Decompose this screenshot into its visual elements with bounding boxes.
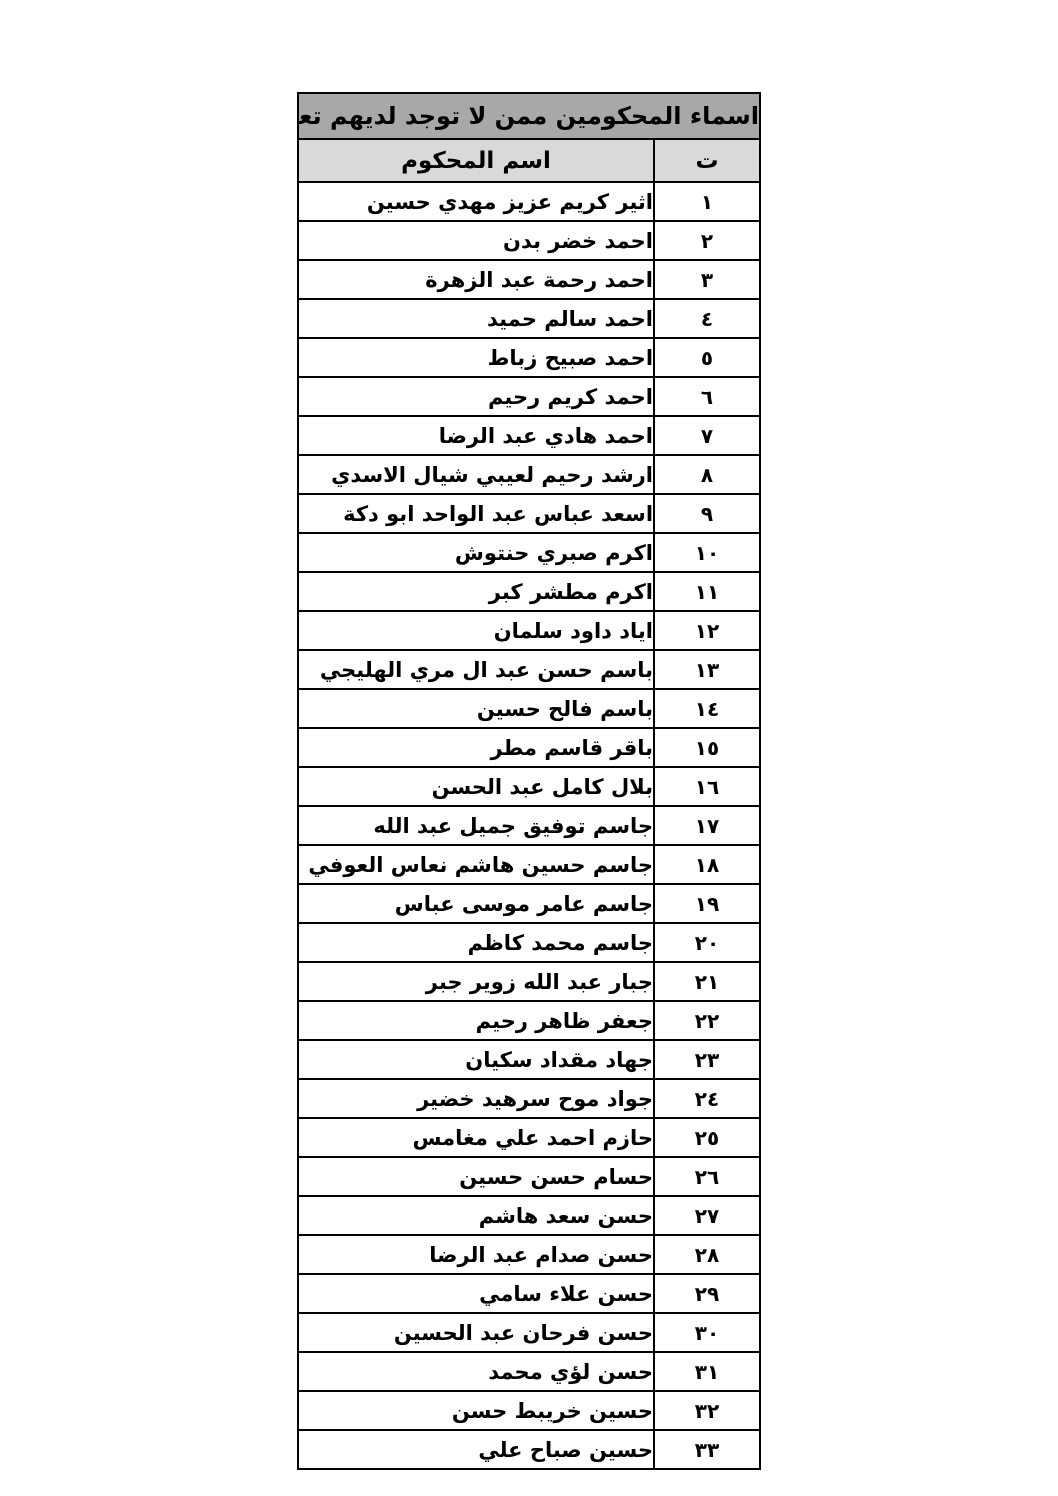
table-row: ١٢اياد داود سلمان <box>298 611 760 650</box>
table-row: ٢٣جهاد مقداد سكيان <box>298 1040 760 1079</box>
row-serial-number: ٢٦ <box>654 1157 760 1196</box>
table-row: ٢٩حسن علاء سامي <box>298 1274 760 1313</box>
row-convict-name: احمد خضر بدن <box>298 221 654 260</box>
row-convict-name: حسن علاء سامي <box>298 1274 654 1313</box>
table-row: ٣٢حسين خريبط حسن <box>298 1391 760 1430</box>
table-row: ٣احمد رحمة عبد الزهرة <box>298 260 760 299</box>
table-row: ٢احمد خضر بدن <box>298 221 760 260</box>
column-header-name: اسم المحكوم <box>298 139 654 182</box>
row-serial-number: ٢٧ <box>654 1196 760 1235</box>
table-row: ٢٨حسن صدام عبد الرضا <box>298 1235 760 1274</box>
row-serial-number: ١٣ <box>654 650 760 689</box>
row-serial-number: ٣٣ <box>654 1430 760 1469</box>
table-row: ١٣باسم حسن عبد ال مري الهليجي <box>298 650 760 689</box>
row-serial-number: ٨ <box>654 455 760 494</box>
row-serial-number: ٢٩ <box>654 1274 760 1313</box>
row-convict-name: اكرم مطشر كبر <box>298 572 654 611</box>
row-serial-number: ٢١ <box>654 962 760 1001</box>
row-serial-number: ٢٠ <box>654 923 760 962</box>
row-convict-name: اسعد عباس عبد الواحد ابو دكة <box>298 494 654 533</box>
table-body: ١اثير كريم عزيز مهدي حسين٢احمد خضر بدن٣ا… <box>298 182 760 1469</box>
column-header-serial: ت <box>654 139 760 182</box>
row-convict-name: اياد داود سلمان <box>298 611 654 650</box>
table-row: ٢٠جاسم محمد كاظم <box>298 923 760 962</box>
row-convict-name: جعفر ظاهر رحيم <box>298 1001 654 1040</box>
row-convict-name: احمد سالم حميد <box>298 299 654 338</box>
row-serial-number: ٢٣ <box>654 1040 760 1079</box>
table-row: ١٤باسم فالح حسين <box>298 689 760 728</box>
table-row: ٩اسعد عباس عبد الواحد ابو دكة <box>298 494 760 533</box>
row-convict-name: بلال كامل عبد الحسن <box>298 767 654 806</box>
table-row: ٢٦حسام حسن حسين <box>298 1157 760 1196</box>
row-convict-name: جبار عبد الله زوير جبر <box>298 962 654 1001</box>
row-convict-name: حسام حسن حسين <box>298 1157 654 1196</box>
table-row: ١٨جاسم حسين هاشم نعاس العوفي <box>298 845 760 884</box>
table-row: ١٥باقر قاسم مطر <box>298 728 760 767</box>
title-row: اسماء المحكومين ممن لا توجد لديهم تعهدات <box>298 93 760 139</box>
row-serial-number: ١٦ <box>654 767 760 806</box>
row-convict-name: حسين خريبط حسن <box>298 1391 654 1430</box>
row-serial-number: ٣٢ <box>654 1391 760 1430</box>
table-row: ٢٢جعفر ظاهر رحيم <box>298 1001 760 1040</box>
table-title: اسماء المحكومين ممن لا توجد لديهم تعهدات <box>298 93 760 139</box>
row-serial-number: ٣١ <box>654 1352 760 1391</box>
row-convict-name: جواد موح سرهيد خضير <box>298 1079 654 1118</box>
table-row: ٥احمد صبيح زباط <box>298 338 760 377</box>
table-row: ١١اكرم مطشر كبر <box>298 572 760 611</box>
row-convict-name: ارشد رحيم لعيبي شيال الاسدي <box>298 455 654 494</box>
table-row: ١٠اكرم صبري حنتوش <box>298 533 760 572</box>
table-row: ٢٤جواد موح سرهيد خضير <box>298 1079 760 1118</box>
table-row: ٨ارشد رحيم لعيبي شيال الاسدي <box>298 455 760 494</box>
row-convict-name: اكرم صبري حنتوش <box>298 533 654 572</box>
row-convict-name: جاسم حسين هاشم نعاس العوفي <box>298 845 654 884</box>
table-row: ٢٥حازم احمد علي مغامس <box>298 1118 760 1157</box>
document-page: اسماء المحكومين ممن لا توجد لديهم تعهدات… <box>0 0 1058 1496</box>
row-convict-name: احمد صبيح زباط <box>298 338 654 377</box>
row-serial-number: ٢٥ <box>654 1118 760 1157</box>
row-serial-number: ٦ <box>654 377 760 416</box>
row-serial-number: ١ <box>654 182 760 221</box>
table-row: ٣١حسن لؤي محمد <box>298 1352 760 1391</box>
row-serial-number: ٣٠ <box>654 1313 760 1352</box>
row-convict-name: احمد هادي عبد الرضا <box>298 416 654 455</box>
table-row: ١٩جاسم عامر موسى عباس <box>298 884 760 923</box>
row-serial-number: ١٨ <box>654 845 760 884</box>
row-convict-name: حسن صدام عبد الرضا <box>298 1235 654 1274</box>
table-row: ٣٠حسن فرحان عبد الحسين <box>298 1313 760 1352</box>
table-row: ٤احمد سالم حميد <box>298 299 760 338</box>
table-row: ١اثير كريم عزيز مهدي حسين <box>298 182 760 221</box>
table-row: ١٦بلال كامل عبد الحسن <box>298 767 760 806</box>
row-serial-number: ١٧ <box>654 806 760 845</box>
row-serial-number: ٢٢ <box>654 1001 760 1040</box>
row-convict-name: باسم حسن عبد ال مري الهليجي <box>298 650 654 689</box>
row-serial-number: ٩ <box>654 494 760 533</box>
row-serial-number: ٢ <box>654 221 760 260</box>
convicts-table: اسماء المحكومين ممن لا توجد لديهم تعهدات… <box>297 92 761 1470</box>
row-serial-number: ١٩ <box>654 884 760 923</box>
row-convict-name: جهاد مقداد سكيان <box>298 1040 654 1079</box>
row-convict-name: حسين صباح علي <box>298 1430 654 1469</box>
row-serial-number: ١٢ <box>654 611 760 650</box>
row-serial-number: ١١ <box>654 572 760 611</box>
row-convict-name: احمد كريم رحيم <box>298 377 654 416</box>
table-row: ٧احمد هادي عبد الرضا <box>298 416 760 455</box>
row-serial-number: ٤ <box>654 299 760 338</box>
table-row: ٣٣حسين صباح علي <box>298 1430 760 1469</box>
row-convict-name: جاسم محمد كاظم <box>298 923 654 962</box>
row-serial-number: ١٤ <box>654 689 760 728</box>
row-serial-number: ٧ <box>654 416 760 455</box>
row-convict-name: حسن فرحان عبد الحسين <box>298 1313 654 1352</box>
row-convict-name: حسن لؤي محمد <box>298 1352 654 1391</box>
row-serial-number: ٢٨ <box>654 1235 760 1274</box>
row-serial-number: ٣ <box>654 260 760 299</box>
row-serial-number: ١٥ <box>654 728 760 767</box>
row-convict-name: احمد رحمة عبد الزهرة <box>298 260 654 299</box>
row-convict-name: حازم احمد علي مغامس <box>298 1118 654 1157</box>
table-row: ٢٧حسن سعد هاشم <box>298 1196 760 1235</box>
column-header-row: ت اسم المحكوم <box>298 139 760 182</box>
row-serial-number: ٢٤ <box>654 1079 760 1118</box>
table-row: ٦احمد كريم رحيم <box>298 377 760 416</box>
row-serial-number: ٥ <box>654 338 760 377</box>
row-convict-name: باسم فالح حسين <box>298 689 654 728</box>
row-convict-name: باقر قاسم مطر <box>298 728 654 767</box>
row-convict-name: اثير كريم عزيز مهدي حسين <box>298 182 654 221</box>
row-convict-name: جاسم توفيق جميل عبد الله <box>298 806 654 845</box>
table-row: ٢١جبار عبد الله زوير جبر <box>298 962 760 1001</box>
row-convict-name: حسن سعد هاشم <box>298 1196 654 1235</box>
row-serial-number: ١٠ <box>654 533 760 572</box>
row-convict-name: جاسم عامر موسى عباس <box>298 884 654 923</box>
table-row: ١٧جاسم توفيق جميل عبد الله <box>298 806 760 845</box>
